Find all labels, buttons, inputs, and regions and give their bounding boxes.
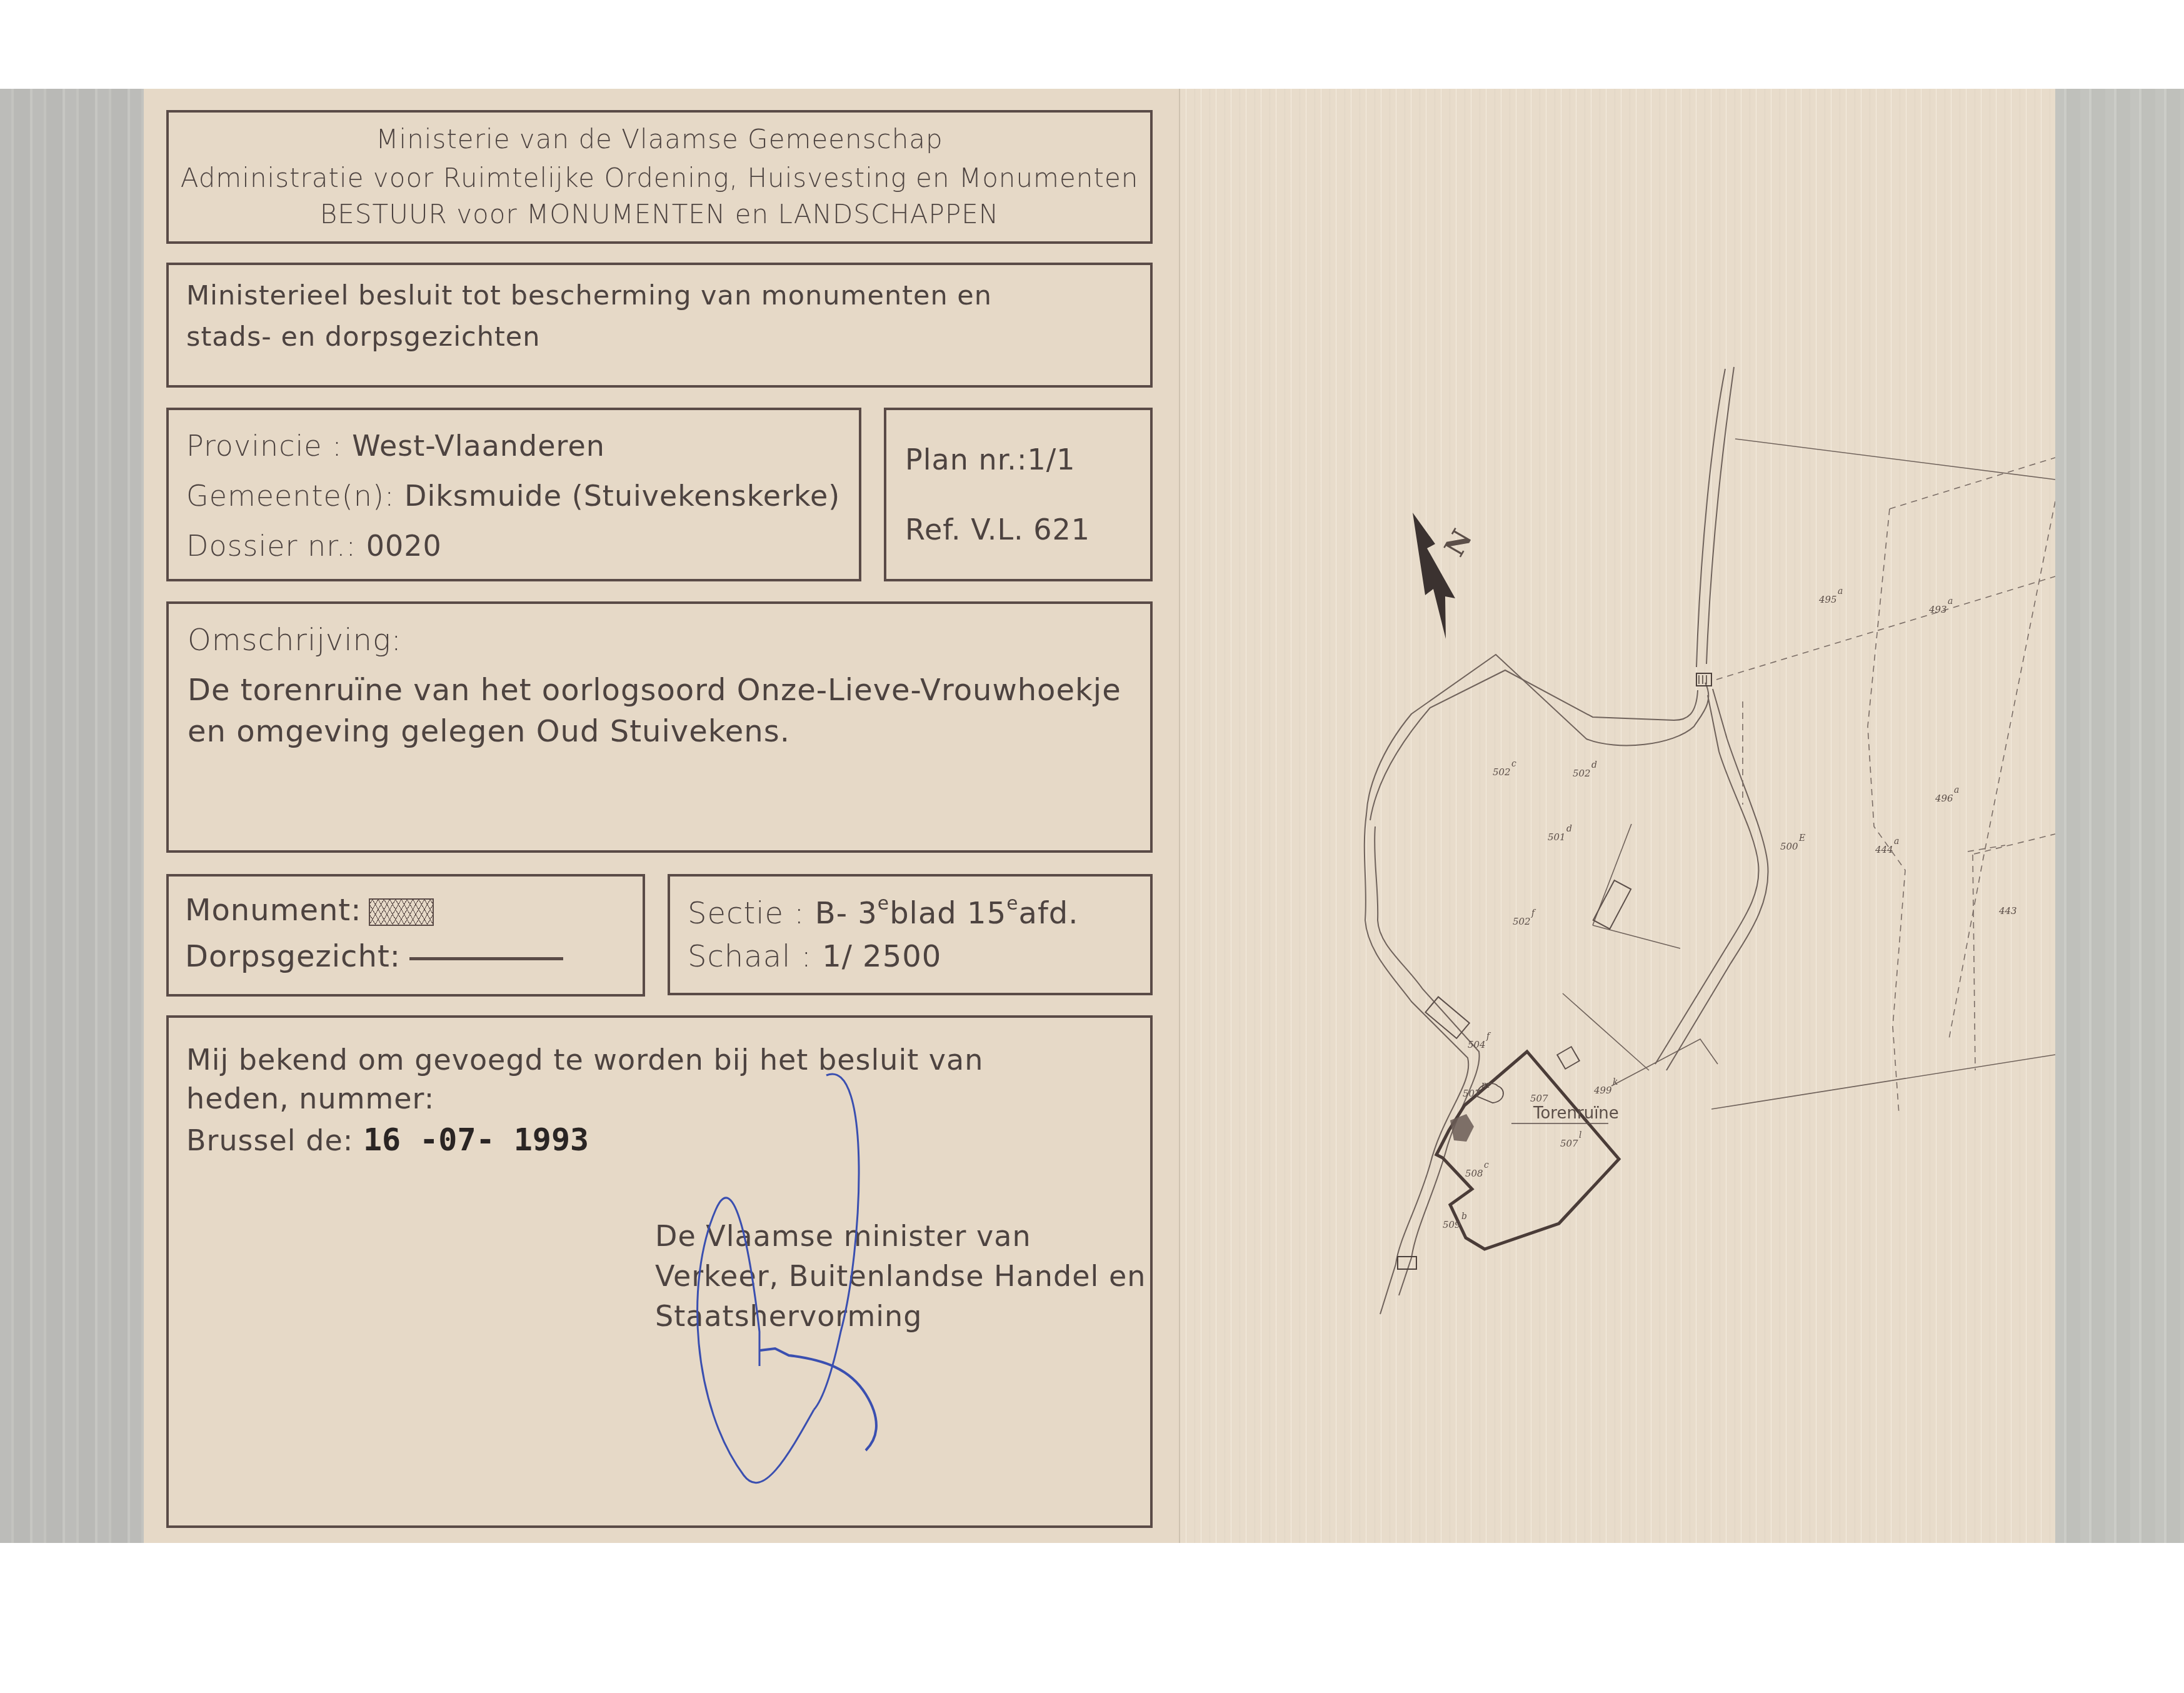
section-sup2: e [1006,893,1018,915]
solid-line-icon [409,957,563,960]
decree-title-line1: Ministerieel besluit tot bescherming van… [186,280,992,311]
legend-village-label: Dorpsgezicht: [185,939,401,974]
parcel-number: 500 [1780,841,1798,852]
parcel-suffix: k [1613,1077,1618,1087]
plan-reference-box: Plan nr.:1/1 Ref. V.L. 621 [884,408,1153,581]
municipality-row: Gemeente(n): Diksmuide (Stuivekenskerke) [186,479,840,513]
crosshatch-swatch-icon [369,898,434,926]
parcel-number: 493 [1928,604,1947,615]
parcel-number: 501 [1548,831,1566,843]
scale-label: Schaal : [688,939,812,974]
dossier-value: 0020 [366,529,442,563]
legend-monument-label: Monument: [185,893,361,928]
scan-border-right [2055,89,2184,1543]
section-scale-box: Sectie : B- 3eblad 15eafd. Schaal : 1/ 2… [668,874,1153,995]
minister-title-line1: De Vlaamse minister van [655,1219,1031,1253]
section-row: Sectie : B- 3eblad 15eafd. [688,893,1079,931]
ministry-header-box: Ministerie van de Vlaamse Gemeenschap Ad… [166,110,1153,244]
acknowledgement-line1: Mij bekend om gevoegd te worden bij het … [186,1043,983,1077]
province-label: Provincie : [186,429,343,463]
plan-number-label: Plan nr.: [905,443,1027,476]
date-row: Brussel de: 16 -07- 1993 [186,1122,589,1158]
parcel-suffix: d [1591,760,1597,770]
section-value: B- 3eblad 15eafd. [815,896,1079,931]
cadastral-map: N [1180,89,2055,1543]
province-value: West-Vlaanderen [352,429,605,463]
reference-label: Ref. [905,513,961,546]
parcel-suffix: f [1486,1032,1491,1042]
north-arrow-icon: N [1413,513,1479,639]
parcel-suffix: a [1894,836,1899,846]
parcel-number: 502 [1513,916,1531,927]
dossier-row: Dossier nr.: 0020 [186,529,442,563]
dossier-label: Dossier nr.: [186,529,356,563]
legend-box: Monument: Dorpsgezicht: [166,874,645,997]
legend-monument-row: Monument: [185,893,434,928]
municipality-value: Diksmuide (Stuivekenskerke) [404,479,840,513]
description-line2: en omgeving gelegen Oud Stuivekens. [188,714,790,749]
parcel-number: 499 [1593,1085,1612,1096]
parcel-suffix: a [1838,586,1843,596]
ministry-name: Ministerie van de Vlaamse Gemeenschap [169,124,1150,154]
description-label: Omschrijving: [188,623,402,658]
date-label: Brussel de: [186,1123,353,1157]
date-stamp: 16 -07- 1993 [363,1122,589,1158]
parcel-suffix: a [1954,785,1959,795]
description-box: Omschrijving: De torenruïne van het oorl… [166,601,1153,853]
description-line1: De torenruïne van het oorlogsoord Onze-L… [188,673,1121,708]
tower-ruin-hatch [1450,1114,1474,1142]
municipality-label: Gemeente(n): [186,479,394,513]
acknowledgement-line2: heden, nummer: [186,1082,434,1115]
signature-box: Mij bekend om gevoegd te worden bij het … [166,1015,1153,1528]
province-row: Provincie : West-Vlaanderen [186,429,605,463]
plan-number-value: 1/1 [1027,443,1075,476]
parcel-suffix: a [1948,596,1953,606]
scan-border-left [0,89,144,1543]
minister-title-line2: Verkeer, Buitenlandse Handel en [655,1259,1146,1293]
parcel-suffix: c [1484,1160,1489,1170]
parcel-number: 508 [1465,1168,1483,1179]
parcel-suffix: f [1531,908,1536,918]
parcel-number: 496 [1935,793,1953,804]
section-afd: afd. [1018,896,1078,931]
scale-row: Schaal : 1/ 2500 [688,939,941,974]
decree-title-line2: stads- en dorpsgezichten [186,321,541,353]
parcel-suffix: d [1566,824,1572,834]
parcel-number: 507 [1463,1088,1481,1099]
parcel-number: 444 [1875,844,1893,855]
legend-village-row: Dorpsgezicht: [185,939,563,974]
department-name: BESTUUR voor MONUMENTEN en LANDSCHAPPEN [169,199,1150,229]
minister-title-line3: Staatshervorming [655,1299,922,1333]
parcel-suffix: l [1579,1130,1581,1140]
reference-value: V.L. 621 [971,513,1090,546]
parcel-number: 502 [1573,768,1591,779]
reference-row: Ref. V.L. 621 [905,513,1090,546]
parcel-number: 495 [1818,594,1837,605]
parcel-number: 443 [1998,905,2017,917]
plan-number-row: Plan nr.:1/1 [905,443,1075,476]
section-sheet: B- 3 [815,896,878,931]
section-blad: blad 15 [889,896,1006,931]
location-box: Provincie : West-Vlaanderen Gemeente(n):… [166,408,861,581]
north-label: N [1438,524,1478,561]
section-label: Sectie : [688,896,805,931]
parcel-suffix: m [1481,1080,1490,1090]
parcel-number: 507 [1530,1093,1548,1104]
parcel-suffix: c [1511,759,1516,769]
parcel-number: 509 [1443,1219,1461,1230]
scale-value: 1/ 2500 [822,939,941,974]
section-sup: e [878,893,889,915]
parcel-number: 504 [1468,1039,1486,1050]
parcel-suffix: E [1798,833,1805,843]
decree-title-box: Ministerieel besluit tot bescherming van… [166,263,1153,388]
parcel-number: 502 [1493,766,1511,778]
administration-name: Administratie voor Ruimtelijke Ordening,… [169,163,1150,193]
torenruine-label: Torenruïne [1533,1104,1619,1123]
parcel-number: 507 [1560,1138,1578,1149]
parcel-suffix: b [1461,1212,1467,1222]
